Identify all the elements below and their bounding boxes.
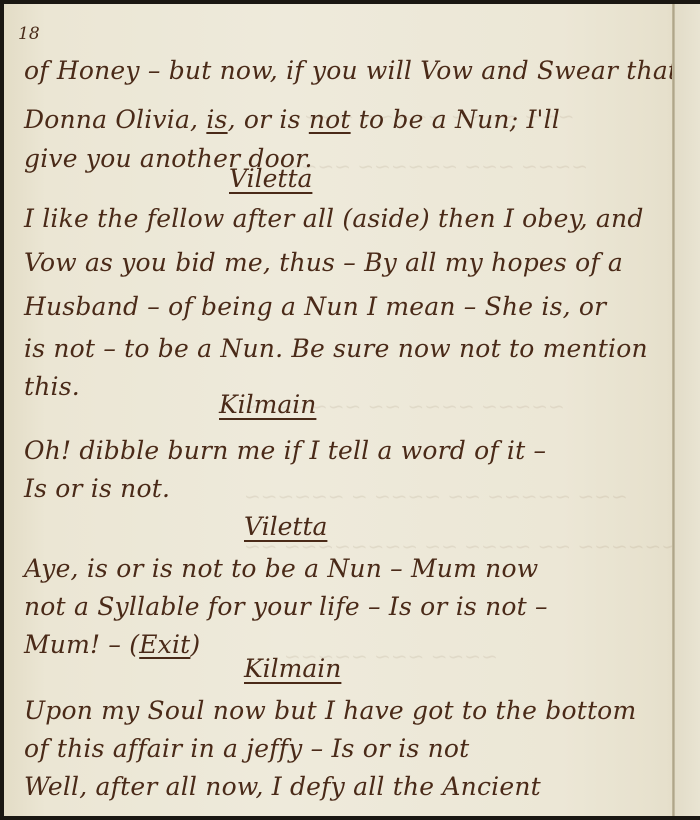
stage-direction-exit: Exit bbox=[139, 630, 190, 659]
speaker-heading-viletta: Viletta bbox=[229, 164, 312, 193]
speaker-heading-kilmain: Kilmain bbox=[244, 654, 341, 683]
manuscript-page: ~~~ ~~~~ ~~~~~ ~~~ ~~~~ ~~~ ~~~~~~ ~~~~ … bbox=[4, 4, 700, 816]
manuscript-line: Donna Olivia, is, or is not to be a Nun;… bbox=[24, 105, 560, 134]
manuscript-line: not a Syllable for your life – Is or is … bbox=[24, 592, 548, 621]
line-text: ) bbox=[190, 630, 200, 659]
manuscript-line: Vow as you bid me, thus – By all my hope… bbox=[24, 248, 623, 277]
speaker-heading-kilmain: Kilmain bbox=[219, 390, 316, 419]
speaker-heading-viletta: Viletta bbox=[244, 512, 327, 541]
manuscript-line: Oh! dibble burn me if I tell a word of i… bbox=[24, 436, 546, 465]
bleed-through-text: ~~~ ~~~~~ ~~ ~~~~ ~ ~~~~~~ bbox=[244, 484, 628, 508]
line-text: to be a Nun; I'll bbox=[351, 105, 560, 134]
manuscript-line: Aye, is or is not to be a Nun – Mum now bbox=[24, 554, 538, 583]
manuscript-line: Husband – of being a Nun I mean – She is… bbox=[24, 292, 606, 321]
manuscript-line: Well, after all now, I defy all the Anci… bbox=[24, 772, 541, 801]
manuscript-line: is not – to be a Nun. Be sure now not to… bbox=[24, 334, 648, 363]
manuscript-line: of Honey – but now, if you will Vow and … bbox=[24, 56, 678, 85]
manuscript-line: Is or is not. bbox=[24, 474, 170, 503]
manuscript-line: of this affair in a jeffy – Is or is not bbox=[24, 734, 469, 763]
line-text: Mum! – ( bbox=[24, 630, 139, 659]
underlined-word: is bbox=[206, 105, 227, 134]
adjacent-page-edge bbox=[675, 4, 700, 816]
manuscript-line: Mum! – (Exit) bbox=[24, 630, 200, 659]
line-text: , or is bbox=[228, 105, 309, 134]
bleed-through-text: ~~~~ ~~~ ~~~~~~ ~~~~ bbox=[284, 154, 588, 178]
manuscript-line: Upon my Soul now but I have got to the b… bbox=[24, 696, 636, 725]
line-text: Donna Olivia, bbox=[24, 105, 206, 134]
manuscript-line: I like the fellow after all (aside) then… bbox=[24, 204, 644, 233]
page-number: 18 bbox=[18, 24, 40, 44]
underlined-word: not bbox=[309, 105, 351, 134]
manuscript-line: this. bbox=[24, 372, 80, 401]
